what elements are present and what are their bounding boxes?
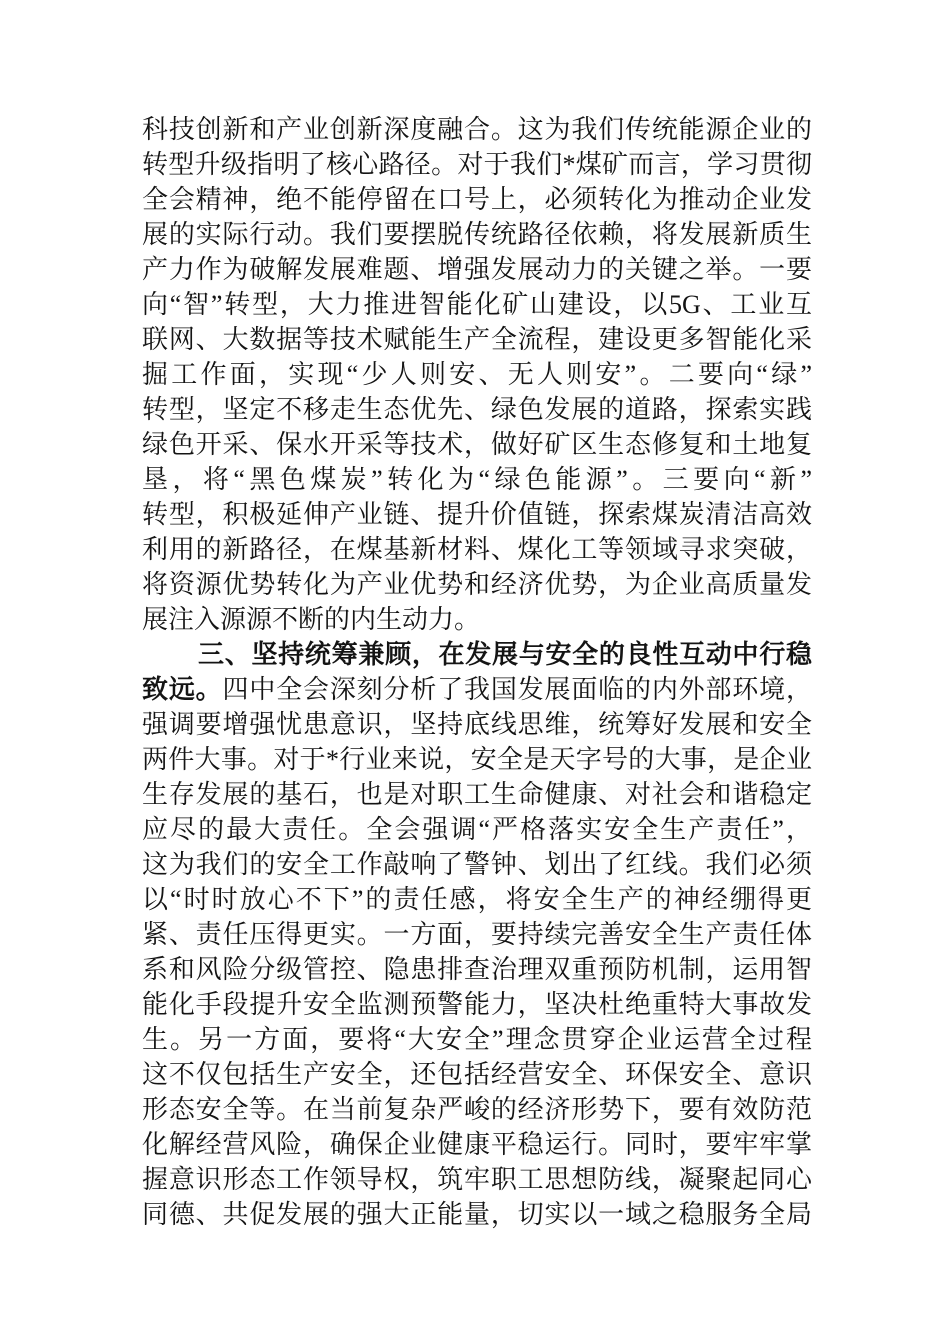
text-line: 系和风险分级管控、隐患排查治理双重预防机制，运用智	[142, 952, 812, 987]
text-line: 展注入源源不断的内生动力。	[142, 602, 812, 637]
text-line: 三、坚持统筹兼顾，在发展与安全的良性互动中行稳	[142, 637, 812, 672]
text-line: 紧、责任压得更实。一方面，要持续完善安全生产责任体	[142, 917, 812, 952]
text-line: 生存发展的基石，也是对职工生命健康、对社会和谐稳定	[142, 777, 812, 812]
text-line: 转型升级指明了核心路径。对于我们*煤矿而言，学习贯彻	[142, 147, 812, 182]
text-line: 科技创新和产业创新深度融合。这为我们传统能源企业的	[142, 112, 812, 147]
text-line: 联网、大数据等技术赋能生产全流程，建设更多智能化采	[142, 322, 812, 357]
text-line: 以“时时放心不下”的责任感，将安全生产的神经绷得更	[142, 882, 812, 917]
body-text: 掘工作面，实现“少人则安、无人则安”。二要向“绿”	[142, 360, 812, 389]
text-line: 全会精神，绝不能停留在口号上，必须转化为推动企业发	[142, 182, 812, 217]
text-line: 绿色开采、保水开采等技术，做好矿区生态修复和土地复	[142, 427, 812, 462]
body-text: 全会精神，绝不能停留在口号上，必须转化为推动企业发	[142, 185, 812, 214]
body-text: 以“时时放心不下”的责任感，将安全生产的神经绷得更	[142, 885, 812, 914]
text-line: 致远。四中全会深刻分析了我国发展面临的内外部环境，	[142, 672, 812, 707]
body-text: 强调要增强忧患意识，坚持底线思维，统筹好发展和安全	[142, 710, 812, 739]
text-line: 化解经营风险，确保企业健康平稳运行。同时，要牢牢掌	[142, 1127, 812, 1162]
body-text: 四中全会深刻分析了我国发展面临的内外部环境，	[223, 675, 812, 704]
body-text: 两件大事。对于*行业来说，安全是天字号的大事，是企业	[142, 745, 812, 774]
document-body: 科技创新和产业创新深度融合。这为我们传统能源企业的转型升级指明了核心路径。对于我…	[142, 112, 812, 1232]
body-text: 紧、责任压得更实。一方面，要持续完善安全生产责任体	[142, 920, 812, 949]
text-line: 垦，将“黑色煤炭”转化为“绿色能源”。三要向“新”	[142, 462, 812, 497]
section-heading-text: 三、坚持统筹兼顾，在发展与安全的良性互动中行稳	[198, 639, 812, 669]
text-line: 转型，坚定不移走生态优先、绿色发展的道路，探索实践	[142, 392, 812, 427]
body-text: 产力作为破解发展难题、增强发展动力的关键之举。一要	[142, 255, 812, 284]
body-text: 系和风险分级管控、隐患排查治理双重预防机制，运用智	[142, 955, 812, 984]
text-line: 同德、共促发展的强大正能量，切实以一域之稳服务全局	[142, 1197, 812, 1232]
text-line: 这不仅包括生产安全，还包括经营安全、环保安全、意识	[142, 1057, 812, 1092]
body-text: 化解经营风险，确保企业健康平稳运行。同时，要牢牢掌	[142, 1130, 812, 1159]
text-line: 展的实际行动。我们要摆脱传统路径依赖，将发展新质生	[142, 217, 812, 252]
text-line: 生。另一方面，要将“大安全”理念贯穿企业运营全过程	[142, 1022, 812, 1057]
body-text: 形态安全等。在当前复杂严峻的经济形势下，要有效防范	[142, 1095, 812, 1124]
text-line: 转型，积极延伸产业链、提升价值链，探索煤炭清洁高效	[142, 497, 812, 532]
text-line: 强调要增强忧患意识，坚持底线思维，统筹好发展和安全	[142, 707, 812, 742]
body-text: 利用的新路径，在煤基新材料、煤化工等领域寻求突破，	[142, 535, 812, 564]
body-text: 向“智”转型，大力推进智能化矿山建设，以5G、工业互	[142, 290, 812, 319]
text-line: 能化手段提升安全监测预警能力，坚决杜绝重特大事故发	[142, 987, 812, 1022]
body-text: 展注入源源不断的内生动力。	[142, 605, 480, 634]
body-text: 将资源优势转化为产业优势和经济优势，为企业高质量发	[142, 570, 812, 599]
body-text: 转型升级指明了核心路径。对于我们*煤矿而言，学习贯彻	[142, 150, 812, 179]
body-text: 展的实际行动。我们要摆脱传统路径依赖，将发展新质生	[142, 220, 812, 249]
body-text: 绿色开采、保水开采等技术，做好矿区生态修复和土地复	[142, 430, 812, 459]
text-line: 产力作为破解发展难题、增强发展动力的关键之举。一要	[142, 252, 812, 287]
body-text: 转型，坚定不移走生态优先、绿色发展的道路，探索实践	[142, 395, 812, 424]
text-line: 应尽的最大责任。全会强调“严格落实安全生产责任”，	[142, 812, 812, 847]
text-line: 这为我们的安全工作敲响了警钟、划出了红线。我们必须	[142, 847, 812, 882]
document-page: 科技创新和产业创新深度融合。这为我们传统能源企业的转型升级指明了核心路径。对于我…	[0, 0, 950, 1344]
text-line: 两件大事。对于*行业来说，安全是天字号的大事，是企业	[142, 742, 812, 777]
body-text: 同德、共促发展的强大正能量，切实以一域之稳服务全局	[142, 1200, 812, 1229]
body-text: 生。另一方面，要将“大安全”理念贯穿企业运营全过程	[142, 1025, 812, 1054]
body-text: 科技创新和产业创新深度融合。这为我们传统能源企业的	[142, 115, 812, 144]
body-text: 能化手段提升安全监测预警能力，坚决杜绝重特大事故发	[142, 990, 812, 1019]
body-text: 这不仅包括生产安全，还包括经营安全、环保安全、意识	[142, 1060, 812, 1089]
text-line: 将资源优势转化为产业优势和经济优势，为企业高质量发	[142, 567, 812, 602]
body-text: 转型，积极延伸产业链、提升价值链，探索煤炭清洁高效	[142, 500, 812, 529]
body-text: 应尽的最大责任。全会强调“严格落实安全生产责任”，	[142, 815, 812, 844]
body-text: 垦，将“黑色煤炭”转化为“绿色能源”。三要向“新”	[142, 465, 812, 494]
text-line: 形态安全等。在当前复杂严峻的经济形势下，要有效防范	[142, 1092, 812, 1127]
text-line: 握意识形态工作领导权，筑牢职工思想防线，凝聚起同心	[142, 1162, 812, 1197]
body-text: 联网、大数据等技术赋能生产全流程，建设更多智能化采	[142, 325, 812, 354]
body-text: 握意识形态工作领导权，筑牢职工思想防线，凝聚起同心	[142, 1165, 812, 1194]
text-line: 向“智”转型，大力推进智能化矿山建设，以5G、工业互	[142, 287, 812, 322]
text-line: 掘工作面，实现“少人则安、无人则安”。二要向“绿”	[142, 357, 812, 392]
text-line: 利用的新路径，在煤基新材料、煤化工等领域寻求突破，	[142, 532, 812, 567]
section-heading-text: 致远。	[142, 674, 223, 704]
body-text: 这为我们的安全工作敲响了警钟、划出了红线。我们必须	[142, 850, 812, 879]
body-text: 生存发展的基石，也是对职工生命健康、对社会和谐稳定	[142, 780, 812, 809]
